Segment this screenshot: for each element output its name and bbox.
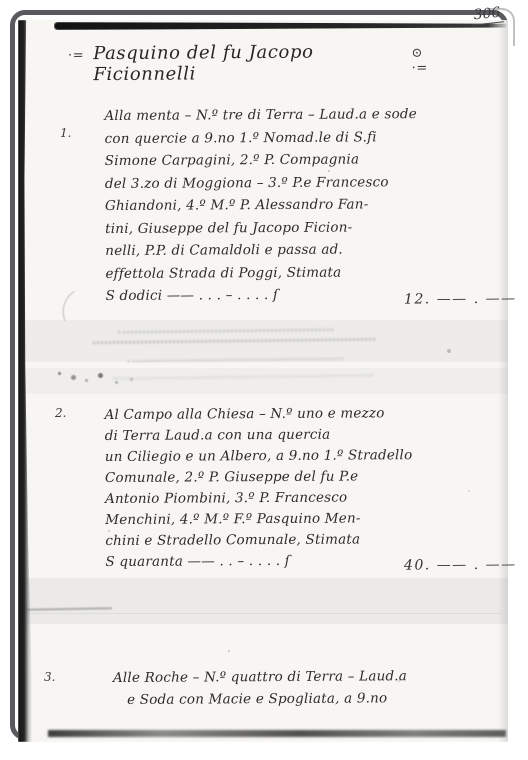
entry-line: chini e Stradello Comunale, Stimata [105,529,445,552]
entry-line: di Terra Laud.a con una quercia [105,424,445,447]
scan-band [18,578,508,624]
paper-dust [168,230,170,232]
entry-line: e Soda con Macie e Spogliata, a 9.no [127,687,453,711]
page-title-row: ·= Pasquino del fu Jacopo Ficionnelli ⊙ … [68,41,442,86]
entry-amount: 40. —— . —— [404,556,528,573]
entry-number: 1. [60,126,71,140]
entry-line: Al Campo alla Chiesa – N.º uno e mezzo [104,403,444,426]
faint-rule [28,613,502,614]
entry-line: Menchini, 4.º M.º F.º Pasquino Men- [105,508,445,531]
title-ornament-right: ⊙ ·= [411,46,442,76]
entry-line: un Ciliegio e un Albero, a 9.no 1.º Stra… [105,445,445,468]
title-ornament-left: ·= [68,48,84,63]
entry-line: con quercie a 9.no 1.º Nomad.le di S.fi [105,125,445,150]
entry-line: Alla menta – N.º tre di Terra – Laud.a e… [104,103,444,128]
entry-line: Antonio Piombini, 3.º P. Francesco [105,487,445,510]
entry-line: Ghiandoni, 4.º M.º P. Alessandro Fan- [105,193,445,218]
entry-line: S dodici —— . . . – . . . . ſ [105,283,445,308]
entry: Alla menta – N.º tre di Terra – Laud.a e… [104,103,445,308]
scan-bottom-edge [48,730,506,737]
entry-line: nelli, P.P. di Camaldoli e passa ad. [105,238,445,263]
entry-number: 3. [44,670,55,684]
folio-number-text: 306 [470,4,504,25]
scan-top-edge [54,22,506,30]
entry-line: tini, Giuseppe del fu Jacopo Ficion- [105,215,445,240]
manuscript-scan-view: ·= Pasquino del fu Jacopo Ficionnelli ⊙ … [0,0,528,760]
ink-specks [58,372,61,375]
entry-amount: 12. —— . —— [404,290,528,307]
entry: Alle Roche – N.º quattro di Terra – Laud… [113,665,453,711]
document-page: ·= Pasquino del fu Jacopo Ficionnelli ⊙ … [18,20,508,742]
entry-line: Simone Carpagini, 2.º P. Compagnia [105,148,445,173]
scan-band [18,368,508,394]
page-title: Pasquino del fu Jacopo Ficionnelli [93,41,403,85]
entry-line: effettola Strada di Poggi, Stimata [105,260,445,285]
entry-line: del 3.zo di Moggiona – 3.º P.e Francesco [105,170,445,195]
entry-line: Alle Roche – N.º quattro di Terra – Laud… [113,665,453,689]
entry: Al Campo alla Chiesa – N.º uno e mezzo d… [104,403,445,573]
entry-number: 2. [55,406,66,420]
entry-line: S quaranta —— . . – . . . . ſ [105,550,445,573]
entry-line: Comunale, 2.º P. Giuseppe del fu P.e [105,466,445,489]
